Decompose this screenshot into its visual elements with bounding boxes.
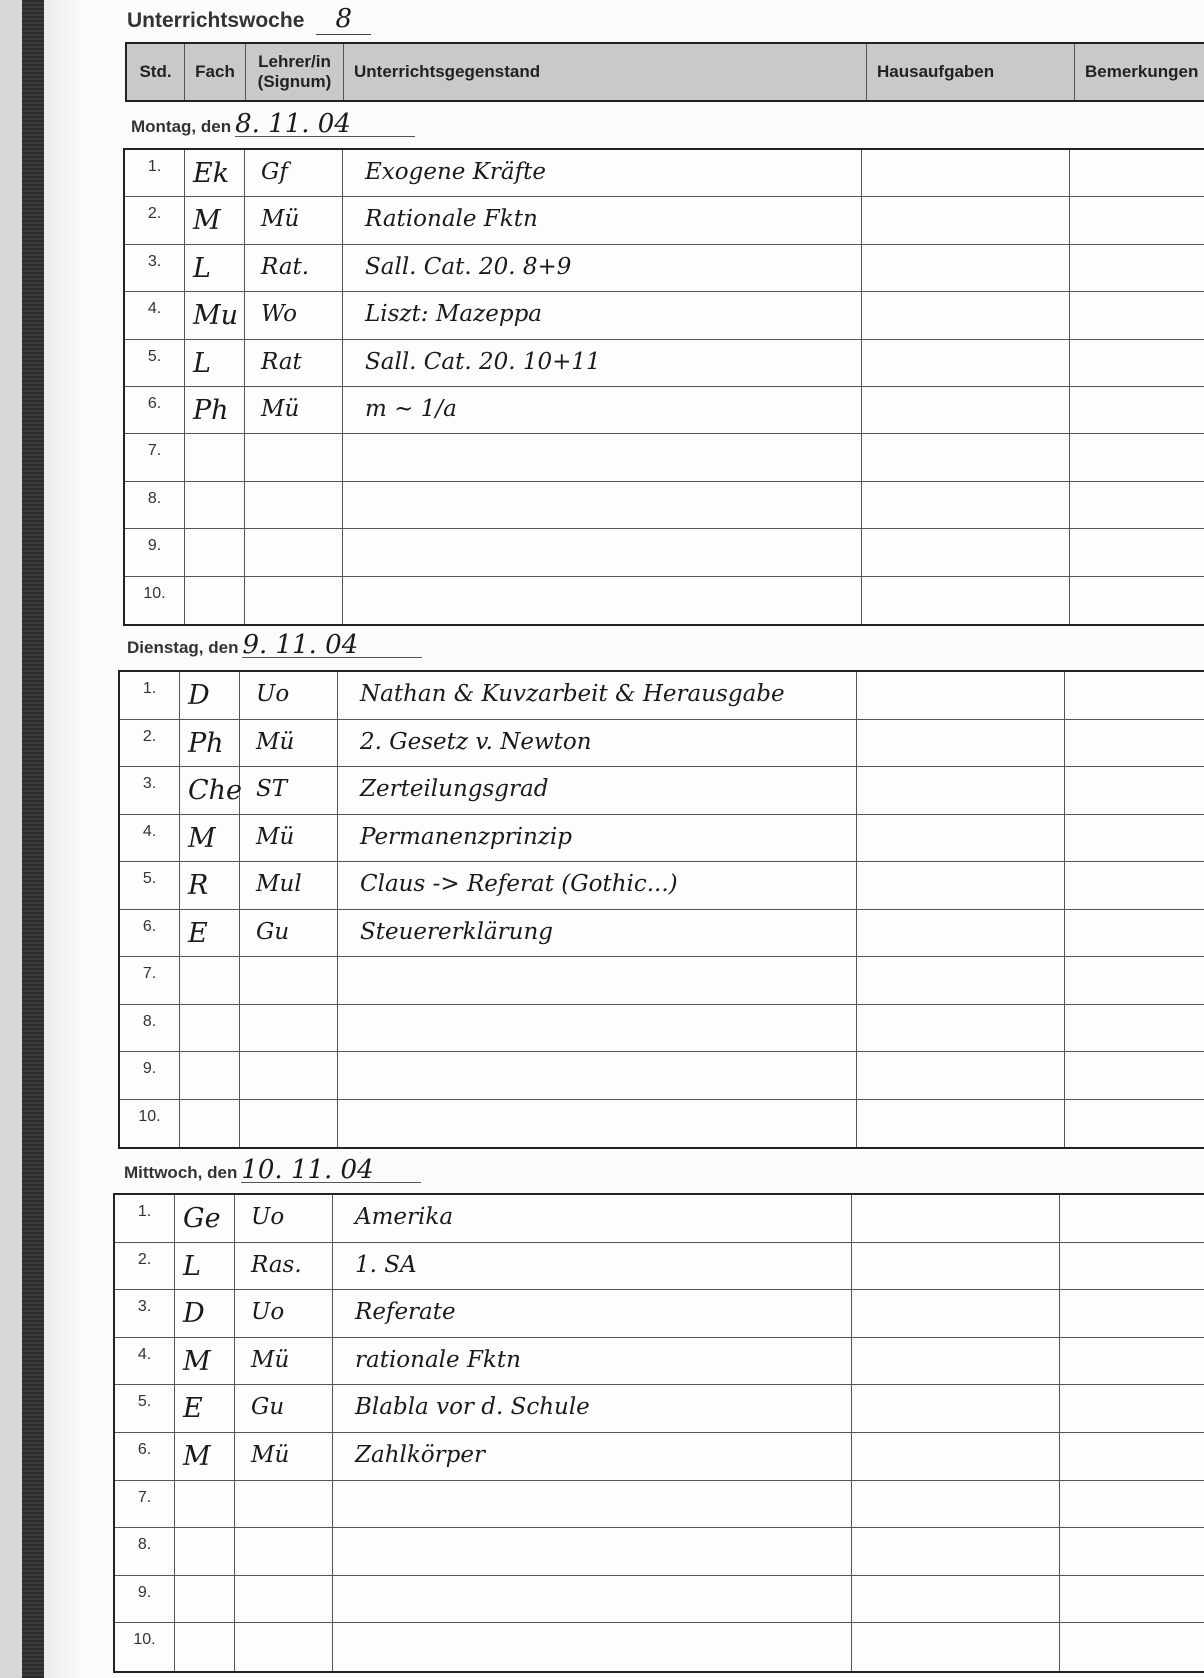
table-row: 3.LRat.Sall. Cat. 20. 8+9 [125,245,1204,292]
homework-cell[interactable] [857,720,1065,767]
day-heading-montag: Montag, den8. 11. 04 [131,112,415,137]
table-row: 8. [120,1005,1204,1053]
teacher-signature-cell[interactable]: Mul [240,862,338,909]
teacher-signature-cell[interactable] [240,1100,338,1148]
subject-cell[interactable] [175,1576,235,1623]
teacher-signature-cell[interactable]: Gu [240,910,338,957]
table-row: 4.MMüPermanenzprinzip [120,815,1204,863]
homework-cell[interactable] [857,1052,1065,1099]
remarks-cell[interactable] [1065,910,1204,957]
day-label: Montag, den [131,117,231,136]
subject-cell[interactable]: D [180,672,240,719]
homework-cell[interactable] [862,482,1070,528]
topic-cell[interactable] [343,482,862,528]
teacher-signature-cell[interactable] [235,1623,333,1671]
lesson-number: 4. [125,292,185,338]
topic-cell[interactable]: Amerika [333,1195,852,1242]
lesson-number: 7. [125,434,185,480]
subject-cell[interactable] [180,1100,240,1148]
lesson-number: 8. [120,1005,180,1052]
table-row: 2.MMüRationale Fktn [125,197,1204,244]
lesson-number: 10. [120,1100,180,1148]
subject-cell[interactable]: M [175,1338,235,1385]
topic-cell[interactable]: Zahlkörper [333,1433,852,1480]
lesson-number: 2. [125,197,185,243]
homework-cell[interactable] [857,672,1065,719]
homework-cell[interactable] [852,1576,1060,1623]
subject-cell[interactable]: Ge [175,1195,235,1242]
topic-cell[interactable] [343,434,862,480]
remarks-cell[interactable] [1060,1576,1204,1623]
table-row: 9. [125,529,1204,576]
column-header: Std. Fach Lehrer/in (Signum) Unterrichts… [125,42,1204,102]
teacher-signature-cell[interactable]: Mü [240,720,338,767]
teacher-signature-cell[interactable]: Mü [240,815,338,862]
table-row: 7. [125,434,1204,481]
table-row: 1.GeUoAmerika [115,1195,1204,1243]
lesson-number: 3. [115,1290,175,1337]
lesson-number: 6. [115,1433,175,1480]
subject-cell[interactable] [175,1528,235,1575]
topic-cell[interactable] [338,1100,857,1148]
subject-cell[interactable]: L [185,245,245,291]
subject-cell[interactable] [180,957,240,1004]
topic-cell[interactable]: Zerteilungsgrad [338,767,857,814]
lesson-number: 1. [115,1195,175,1242]
remarks-cell[interactable] [1060,1243,1204,1290]
topic-cell[interactable]: Referate [333,1290,852,1337]
subject-cell[interactable] [185,434,245,480]
remarks-cell[interactable] [1060,1338,1204,1385]
teacher-signature-cell[interactable]: Mü [245,387,343,433]
remarks-cell[interactable] [1070,529,1204,575]
teacher-signature-cell[interactable] [240,957,338,1004]
topic-cell[interactable]: Permanenzprinzip [338,815,857,862]
topic-cell[interactable] [338,1005,857,1052]
homework-cell[interactable] [857,957,1065,1004]
teacher-signature-cell[interactable]: Uo [235,1195,333,1242]
week-label: Unterrichtswoche [127,9,304,32]
table-row: 8. [125,482,1204,529]
remarks-cell[interactable] [1065,720,1204,767]
subject-cell[interactable]: Mu [185,292,245,338]
homework-cell[interactable] [862,340,1070,386]
homework-cell[interactable] [852,1481,1060,1528]
lesson-number: 5. [125,340,185,386]
subject-cell[interactable]: Che [180,767,240,814]
day-table-dienstag: 1.DUoNathan & Kuvzarbeit & Herausgabe2.P… [118,670,1204,1149]
table-row: 4.MMürationale Fktn [115,1338,1204,1386]
topic-cell[interactable]: Blabla vor d. Schule [333,1385,852,1432]
remarks-cell[interactable] [1060,1385,1204,1432]
lesson-number: 5. [115,1385,175,1432]
teacher-signature-cell[interactable]: Uo [235,1290,333,1337]
teacher-signature-cell[interactable]: Ras. [235,1243,333,1290]
remarks-cell[interactable] [1060,1528,1204,1575]
day-heading-mittwoch: Mittwoch, den10. 11. 04 [124,1158,421,1183]
lesson-number: 3. [125,245,185,291]
lesson-number: 4. [115,1338,175,1385]
teacher-signature-cell[interactable] [245,434,343,480]
homework-cell[interactable] [862,529,1070,575]
homework-cell[interactable] [857,815,1065,862]
table-row: 1.EkGfExogene Kräfte [125,150,1204,197]
table-row: 6.MMüZahlkörper [115,1433,1204,1481]
lesson-number: 7. [120,957,180,1004]
topic-cell[interactable]: m ~ 1/a [343,387,862,433]
remarks-cell[interactable] [1070,387,1204,433]
topic-cell[interactable]: Sall. Cat. 20. 8+9 [343,245,862,291]
table-row: 9. [120,1052,1204,1100]
topic-cell[interactable] [338,1052,857,1099]
topic-cell[interactable]: 1. SA [333,1243,852,1290]
remarks-cell[interactable] [1065,862,1204,909]
teacher-signature-cell[interactable] [235,1528,333,1575]
lesson-number: 6. [125,387,185,433]
header-lehrer: Lehrer/in (Signum) [246,44,344,100]
teacher-signature-cell[interactable]: Gu [235,1385,333,1432]
header-std: Std. [127,44,185,100]
notebook-binding [22,0,44,1678]
remarks-cell[interactable] [1065,672,1204,719]
teacher-signature-cell[interactable] [235,1481,333,1528]
remarks-cell[interactable] [1070,577,1204,624]
lesson-number: 9. [120,1052,180,1099]
homework-cell[interactable] [852,1433,1060,1480]
subject-cell[interactable]: Ph [180,720,240,767]
homework-cell[interactable] [862,387,1070,433]
homework-cell[interactable] [862,292,1070,338]
homework-cell[interactable] [862,434,1070,480]
remarks-cell[interactable] [1065,1100,1204,1148]
teacher-signature-cell[interactable]: Rat. [245,245,343,291]
table-row: 6.EGuSteuererklärung [120,910,1204,958]
subject-cell[interactable]: M [175,1433,235,1480]
homework-cell[interactable] [852,1528,1060,1575]
topic-cell[interactable] [343,577,862,624]
remarks-cell[interactable] [1065,1005,1204,1052]
subject-cell[interactable] [175,1623,235,1671]
subject-cell[interactable]: D [175,1290,235,1337]
homework-cell[interactable] [857,1100,1065,1148]
topic-cell[interactable] [333,1528,852,1575]
teacher-signature-cell[interactable]: Uo [240,672,338,719]
topic-cell[interactable]: Rationale Fktn [343,197,862,243]
lesson-number: 1. [125,150,185,196]
day-date[interactable]: 9. 11. 04 [242,633,422,658]
table-row: 10. [120,1100,1204,1148]
page-gutter-shadow [44,0,84,1678]
teacher-signature-cell[interactable] [245,577,343,624]
lesson-number: 7. [115,1481,175,1528]
remarks-cell[interactable] [1060,1623,1204,1671]
table-row: 2.PhMü2. Gesetz v. Newton [120,720,1204,768]
topic-cell[interactable]: 2. Gesetz v. Newton [338,720,857,767]
teacher-signature-cell[interactable]: Rat [245,340,343,386]
topic-cell[interactable] [333,1576,852,1623]
lesson-number: 9. [115,1576,175,1623]
homework-cell[interactable] [862,197,1070,243]
teacher-signature-cell[interactable]: ST [240,767,338,814]
table-row: 5.EGuBlabla vor d. Schule [115,1385,1204,1433]
homework-cell[interactable] [862,245,1070,291]
subject-cell[interactable] [185,529,245,575]
remarks-cell[interactable] [1070,434,1204,480]
lesson-number: 1. [120,672,180,719]
lesson-number: 8. [125,482,185,528]
topic-cell[interactable]: Nathan & Kuvzarbeit & Herausgabe [338,672,857,719]
remarks-cell[interactable] [1070,340,1204,386]
remarks-cell[interactable] [1060,1481,1204,1528]
lesson-number: 10. [115,1623,175,1671]
teacher-signature-cell[interactable] [240,1005,338,1052]
table-row: 4.MuWoLiszt: Mazeppa [125,292,1204,339]
topic-cell[interactable] [343,529,862,575]
homework-cell[interactable] [852,1623,1060,1671]
remarks-cell[interactable] [1070,197,1204,243]
remarks-cell[interactable] [1065,767,1204,814]
header-bemerkungen: Bemerkungen [1075,44,1204,100]
table-row: 5.RMulClaus -> Referat (Gothic...) [120,862,1204,910]
subject-cell[interactable] [185,482,245,528]
subject-cell[interactable]: E [175,1385,235,1432]
table-row: 8. [115,1528,1204,1576]
day-label: Mittwoch, den [124,1163,237,1182]
remarks-cell[interactable] [1070,245,1204,291]
table-row: 7. [120,957,1204,1005]
remarks-cell[interactable] [1070,150,1204,196]
homework-cell[interactable] [857,767,1065,814]
subject-cell[interactable] [180,1052,240,1099]
day-table-montag: 1.EkGfExogene Kräfte2.MMüRationale Fktn3… [123,148,1204,626]
teacher-signature-cell[interactable] [245,529,343,575]
subject-cell[interactable] [185,577,245,624]
teacher-signature-cell[interactable] [240,1052,338,1099]
homework-cell[interactable] [852,1385,1060,1432]
topic-cell[interactable] [338,957,857,1004]
lesson-number: 5. [120,862,180,909]
homework-cell[interactable] [852,1243,1060,1290]
header-fach: Fach [185,44,246,100]
teacher-signature-cell[interactable] [235,1576,333,1623]
topic-cell[interactable]: Liszt: Mazeppa [343,292,862,338]
remarks-cell[interactable] [1060,1195,1204,1242]
homework-cell[interactable] [852,1290,1060,1337]
topic-cell[interactable] [333,1623,852,1671]
day-heading-dienstag: Dienstag, den9. 11. 04 [127,633,422,658]
table-row: 2.LRas.1. SA [115,1243,1204,1291]
remarks-cell[interactable] [1060,1433,1204,1480]
topic-cell[interactable]: Claus -> Referat (Gothic...) [338,862,857,909]
topic-cell[interactable]: Steuererklärung [338,910,857,957]
scan-edge [0,0,22,1678]
table-row: 9. [115,1576,1204,1624]
header-unterrichtsgegenstand: Unterrichtsgegenstand [344,44,867,100]
table-row: 6.PhMüm ~ 1/a [125,387,1204,434]
table-row: 7. [115,1481,1204,1529]
subject-cell[interactable]: R [180,862,240,909]
table-row: 3.CheSTZerteilungsgrad [120,767,1204,815]
lesson-number: 2. [115,1243,175,1290]
subject-cell[interactable]: Ek [185,150,245,196]
subject-cell[interactable]: L [185,340,245,386]
remarks-cell[interactable] [1060,1290,1204,1337]
table-row: 1.DUoNathan & Kuvzarbeit & Herausgabe [120,672,1204,720]
topic-cell[interactable]: Exogene Kräfte [343,150,862,196]
lesson-number: 4. [120,815,180,862]
table-row: 5.LRatSall. Cat. 20. 10+11 [125,340,1204,387]
subject-cell[interactable] [180,1005,240,1052]
subject-cell[interactable]: M [180,815,240,862]
teacher-signature-cell[interactable]: Mü [245,197,343,243]
remarks-cell[interactable] [1065,1052,1204,1099]
day-date[interactable]: 10. 11. 04 [241,1158,421,1183]
day-label: Dienstag, den [127,638,238,657]
table-row: 3.DUoReferate [115,1290,1204,1338]
topic-cell[interactable]: rationale Fktn [333,1338,852,1385]
homework-cell[interactable] [852,1338,1060,1385]
lesson-number: 9. [125,529,185,575]
week-number[interactable]: 8 [316,4,371,35]
topic-cell[interactable] [333,1481,852,1528]
table-row: 10. [125,577,1204,624]
teacher-signature-cell[interactable] [245,482,343,528]
lesson-number: 6. [120,910,180,957]
lesson-number: 3. [120,767,180,814]
homework-cell[interactable] [862,150,1070,196]
teacher-signature-cell[interactable]: Wo [245,292,343,338]
subject-cell[interactable]: M [185,197,245,243]
homework-cell[interactable] [852,1195,1060,1242]
week-heading: Unterrichtswoche 8 [127,4,371,35]
subject-cell[interactable]: E [180,910,240,957]
homework-cell[interactable] [862,577,1070,624]
day-table-mittwoch: 1.GeUoAmerika2.LRas.1. SA3.DUoReferate4.… [113,1193,1204,1673]
table-row: 10. [115,1623,1204,1671]
remarks-cell[interactable] [1065,815,1204,862]
day-date[interactable]: 8. 11. 04 [235,112,415,137]
lesson-number: 10. [125,577,185,624]
remarks-cell[interactable] [1065,957,1204,1004]
lesson-number: 8. [115,1528,175,1575]
homework-cell[interactable] [857,862,1065,909]
teacher-signature-cell[interactable]: Mü [235,1338,333,1385]
subject-cell[interactable] [175,1481,235,1528]
homework-cell[interactable] [857,910,1065,957]
teacher-signature-cell[interactable]: Gf [245,150,343,196]
subject-cell[interactable]: Ph [185,387,245,433]
header-hausaufgaben: Hausaufgaben [867,44,1075,100]
subject-cell[interactable]: L [175,1243,235,1290]
homework-cell[interactable] [857,1005,1065,1052]
topic-cell[interactable]: Sall. Cat. 20. 10+11 [343,340,862,386]
remarks-cell[interactable] [1070,482,1204,528]
lesson-number: 2. [120,720,180,767]
teacher-signature-cell[interactable]: Mü [235,1433,333,1480]
remarks-cell[interactable] [1070,292,1204,338]
